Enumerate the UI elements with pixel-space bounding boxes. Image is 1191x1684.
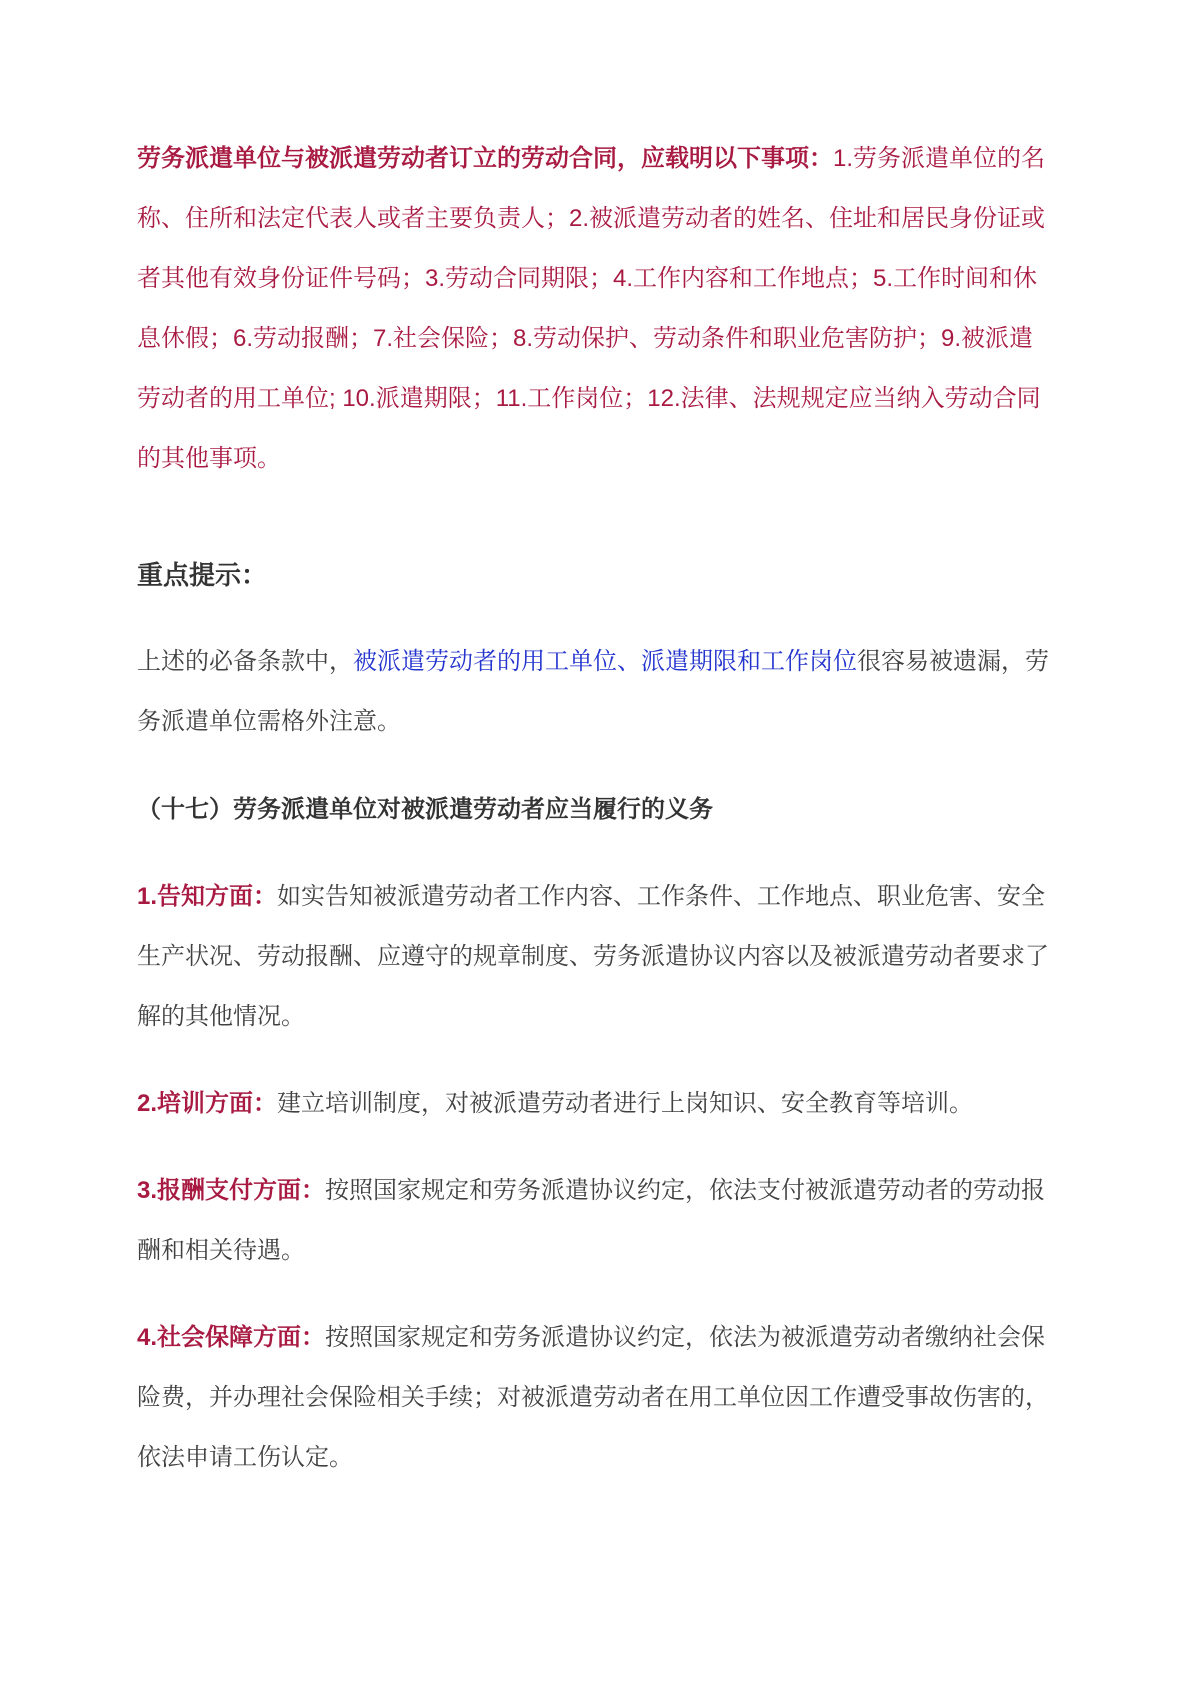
section-heading-key-tips: 重点提示：: [137, 545, 1054, 605]
text-segment: 2.培训方面：: [137, 1090, 277, 1117]
document-page: 劳务派遣单位与被派遣劳动者订立的劳动合同，应载明以下事项：1.劳务派遣单位的名称…: [0, 0, 1191, 1684]
text-segment: 3.报酬支付方面：: [137, 1177, 325, 1204]
paragraph-contract-items: 劳务派遣单位与被派遣劳动者订立的劳动合同，应载明以下事项：1.劳务派遣单位的名称…: [137, 129, 1054, 489]
text-segment: 劳务派遣单位与被派遣劳动者订立的劳动合同，应载明以下事项：: [137, 145, 833, 172]
text-segment: 1.劳务派遣单位的名称、住所和法定代表人或者主要负责人；2.被派遣劳动者的姓名、…: [137, 145, 1045, 472]
paragraph-obligation-4-social-security: 4.社会保障方面：按照国家规定和劳务派遣协议约定，依法为被派遣劳动者缴纳社会保险…: [137, 1308, 1054, 1488]
text-segment: （十七）劳务派遣单位对被派遣劳动者应当履行的义务: [137, 796, 713, 823]
text-segment: 建立培训制度，对被派遣劳动者进行上岗知识、安全教育等培训。: [277, 1090, 973, 1117]
sub-heading-seventeen-obligations: （十七）劳务派遣单位对被派遣劳动者应当履行的义务: [137, 780, 1054, 840]
text-segment: 上述的必备条款中，: [137, 648, 353, 675]
paragraph-obligation-1-inform: 1.告知方面：如实告知被派遣劳动者工作内容、工作条件、工作地点、职业危害、安全生…: [137, 867, 1054, 1047]
text-segment: 1.告知方面：: [137, 883, 277, 910]
text-segment: 被派遣劳动者的用工单位、派遣期限和工作岗位: [353, 648, 857, 675]
text-segment: 重点提示：: [137, 560, 267, 590]
paragraph-obligation-3-payment: 3.报酬支付方面：按照国家规定和劳务派遣协议约定，依法支付被派遣劳动者的劳动报酬…: [137, 1161, 1054, 1281]
text-segment: 4.社会保障方面：: [137, 1324, 325, 1351]
paragraph-obligation-2-training: 2.培训方面：建立培训制度，对被派遣劳动者进行上岗知识、安全教育等培训。: [137, 1074, 1054, 1134]
document-body: 劳务派遣单位与被派遣劳动者订立的劳动合同，应载明以下事项：1.劳务派遣单位的名称…: [137, 129, 1054, 1488]
paragraph-tip-note: 上述的必备条款中，被派遣劳动者的用工单位、派遣期限和工作岗位很容易被遗漏，劳务派…: [137, 632, 1054, 752]
